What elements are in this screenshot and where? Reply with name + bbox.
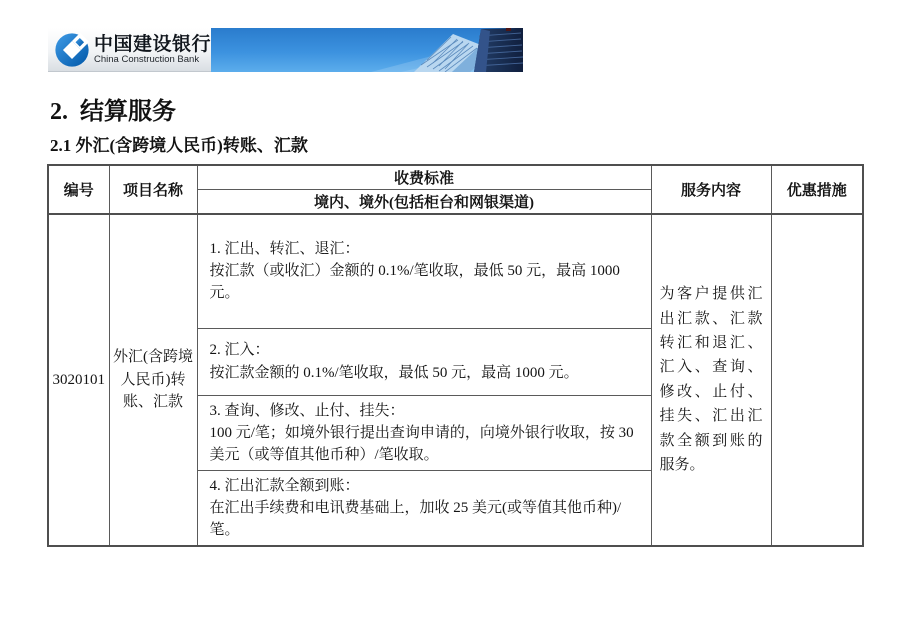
col-header-fee: 收费标准	[197, 165, 651, 190]
service-description: 为客户提供汇出汇款、汇款转汇和退汇、汇入、查询、修改、止付、挂失、汇出汇款全额到…	[651, 214, 771, 546]
fee-item-4-desc: 在汇出手续费和电讯费基础上，加收 25 美元(或等值其他币种)/笔。	[210, 497, 641, 541]
col-header-name: 项目名称	[109, 165, 197, 214]
fee-item-2-title: 2. 汇入：	[210, 339, 641, 361]
section-title: 2. 结算服务	[50, 91, 176, 126]
fee-item-1: 1. 汇出、转汇、退汇： 按汇款（或收汇）金额的 0.1%/笔收取，最低 50 …	[197, 214, 651, 328]
ccb-logo-icon	[53, 31, 91, 69]
fee-item-4-title: 4. 汇出汇款全额到账：	[210, 475, 641, 497]
fee-item-2-desc: 按汇款金额的 0.1%/笔收取，最低 50 元，最高 1000 元。	[210, 362, 641, 384]
fee-item-1-title: 1. 汇出、转汇、退汇：	[210, 238, 641, 260]
bank-name-english: China Construction Bank	[94, 55, 211, 65]
bank-header-banner: 中国建设银行 China Construction Bank	[48, 28, 523, 72]
col-header-discount: 优惠措施	[771, 165, 863, 214]
fee-item-3: 3. 查询、修改、止付、挂失： 100 元/笔；如境外银行提出查询申请的，向境外…	[197, 395, 651, 470]
fee-item-3-title: 3. 查询、修改、止付、挂失：	[210, 400, 641, 422]
col-subheader-channel: 境内、境外(包括柜台和网银渠道)	[197, 190, 651, 215]
fee-item-4: 4. 汇出汇款全额到账： 在汇出手续费和电讯费基础上，加收 25 美元(或等值其…	[197, 470, 651, 546]
fee-item-2: 2. 汇入： 按汇款金额的 0.1%/笔收取，最低 50 元，最高 1000 元…	[197, 328, 651, 395]
bank-name-chinese: 中国建设银行	[94, 35, 211, 54]
bank-logo: 中国建设银行 China Construction Bank	[48, 28, 211, 72]
fee-item-3-desc: 100 元/笔；如境外银行提出查询申请的，向境外银行收取，按 30 美元（或等值…	[210, 422, 641, 466]
item-name: 外汇(含跨境人民币)转账、汇款	[109, 214, 197, 546]
fee-schedule-table: 编号 项目名称 收费标准 服务内容 优惠措施 境内、境外(包括柜台和网银渠道) …	[47, 164, 864, 547]
bank-logo-text: 中国建设银行 China Construction Bank	[94, 35, 211, 65]
col-header-service: 服务内容	[651, 165, 771, 214]
item-id: 3020101	[48, 214, 109, 546]
banner-buildings-image	[211, 28, 523, 72]
col-header-id: 编号	[48, 165, 109, 214]
fee-item-1-desc: 按汇款（或收汇）金额的 0.1%/笔收取，最低 50 元，最高 1000 元。	[210, 260, 641, 304]
subsection-title: 2.1 外汇(含跨境人民币)转账、汇款	[50, 131, 308, 156]
discount-cell	[771, 214, 863, 546]
